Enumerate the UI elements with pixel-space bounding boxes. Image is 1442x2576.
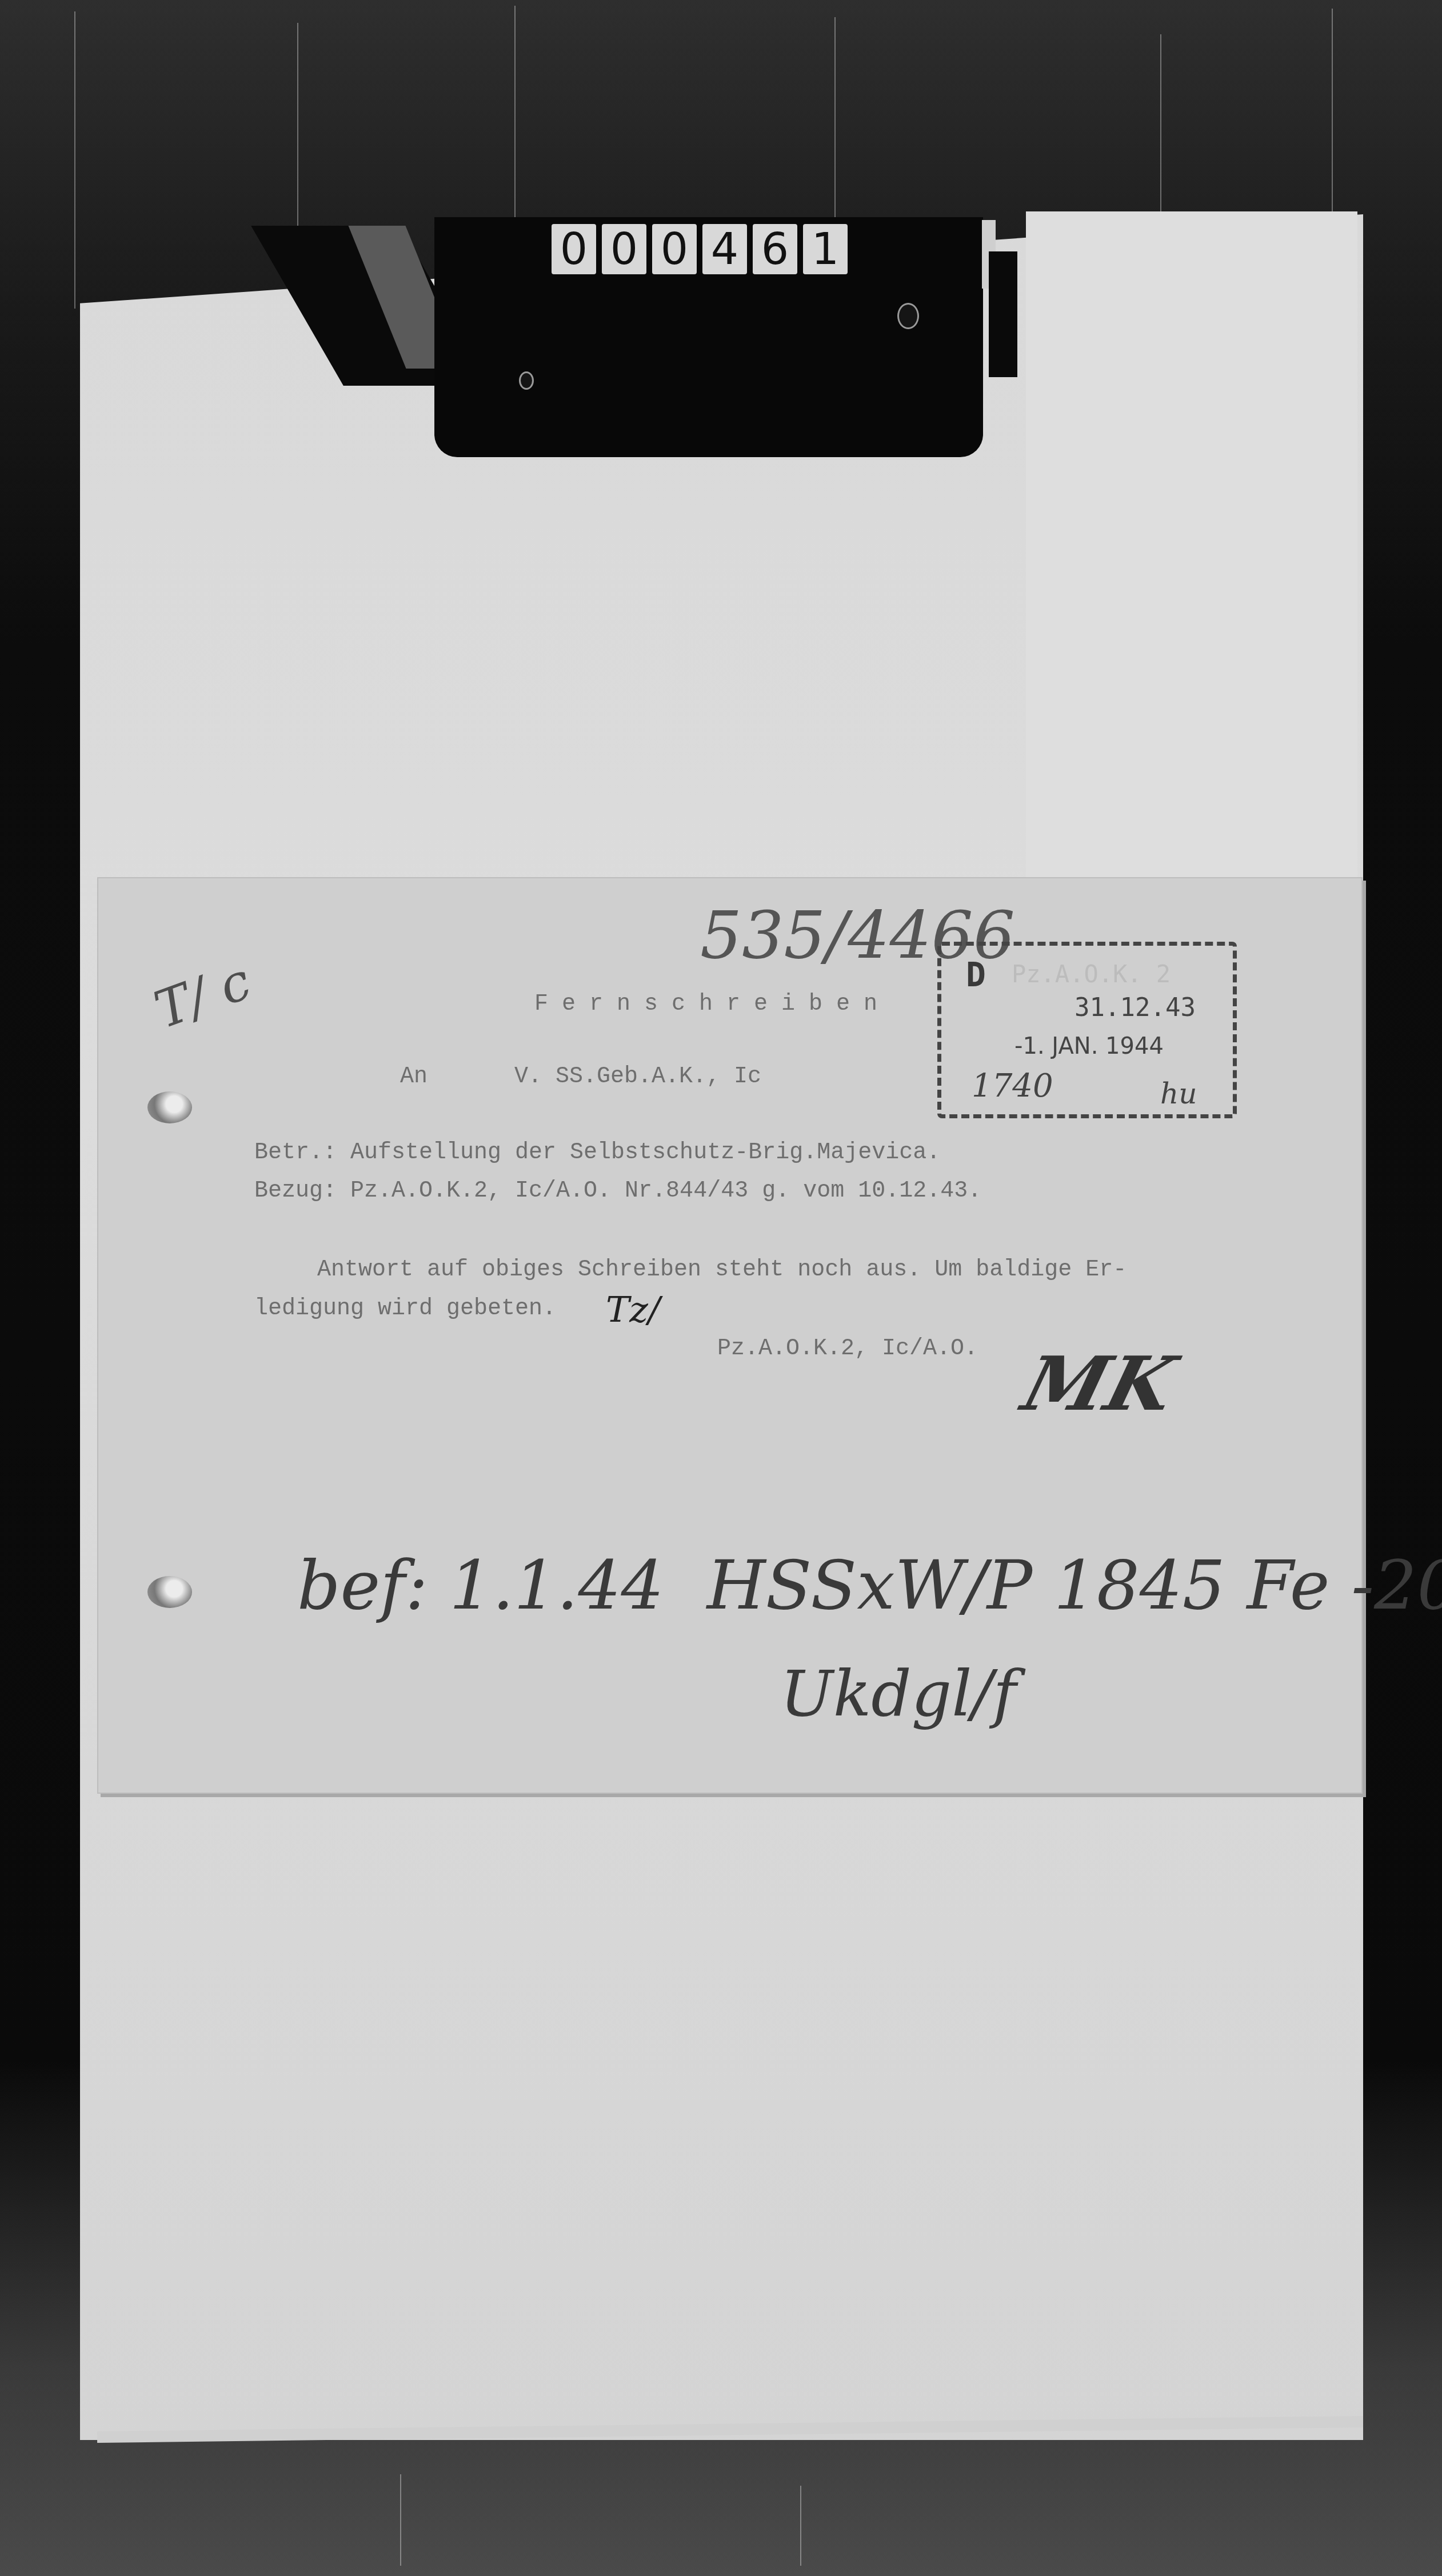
stamp-number: 1740: [972, 1067, 1053, 1105]
body-line-2: ledigung wird gebeten.: [254, 1296, 556, 1322]
film-scratch: [74, 11, 75, 309]
stamp-date-received: -1. JAN. 1944: [1014, 1033, 1164, 1059]
counter-digit: 0: [602, 224, 646, 274]
punch-hole-icon: [147, 1576, 192, 1608]
frame-counter: 0 0 0 4 6 1: [552, 224, 848, 274]
counter-digit: 1: [803, 224, 848, 274]
counter-digit: 6: [753, 224, 797, 274]
film-scratch: [800, 2486, 801, 2566]
body-line-1: Antwort auf obiges Schreiben steht noch …: [317, 1257, 1127, 1283]
recipient: V. SS.Geb.A.K., Ic: [514, 1064, 761, 1090]
stamp-initials: hu: [1160, 1077, 1197, 1110]
stamp-date-sent: 31.12.43: [1074, 993, 1196, 1022]
film-scratch: [1332, 9, 1333, 237]
body-initial: Tz/: [606, 1289, 660, 1330]
rivet-icon: [519, 371, 534, 390]
sender: Pz.A.O.K.2, Ic/A.O.: [717, 1336, 978, 1362]
dispatch-signature: Ukdgl/f: [780, 1657, 1016, 1730]
counter-digit: 0: [652, 224, 697, 274]
clip-bracket: [989, 251, 1017, 377]
stamp-letter: D: [966, 955, 986, 994]
counter-digit: 0: [552, 224, 596, 274]
stamp-header: Pz.A.O.K. 2: [1012, 960, 1171, 988]
subject-line: Betr.: Aufstellung der Selbstschutz-Brig…: [254, 1140, 940, 1166]
punch-hole-icon: [147, 1091, 192, 1123]
recipient-label: An: [400, 1064, 428, 1090]
reference-line: Bezug: Pz.A.O.K.2, Ic/A.O. Nr.844/43 g. …: [254, 1178, 981, 1204]
counter-digit: 4: [702, 224, 747, 274]
document-title: F e r n s c h r e i b e n: [534, 991, 877, 1017]
signature: MK: [1014, 1340, 1185, 1427]
film-scratch: [514, 6, 516, 223]
page-top-right: [1026, 211, 1357, 914]
dispatch-note: bef: 1.1.44 HSSxW/P 1845 Fe -20-: [297, 1546, 1442, 1625]
rivet-icon: [897, 303, 919, 329]
film-scratch: [400, 2474, 401, 2566]
